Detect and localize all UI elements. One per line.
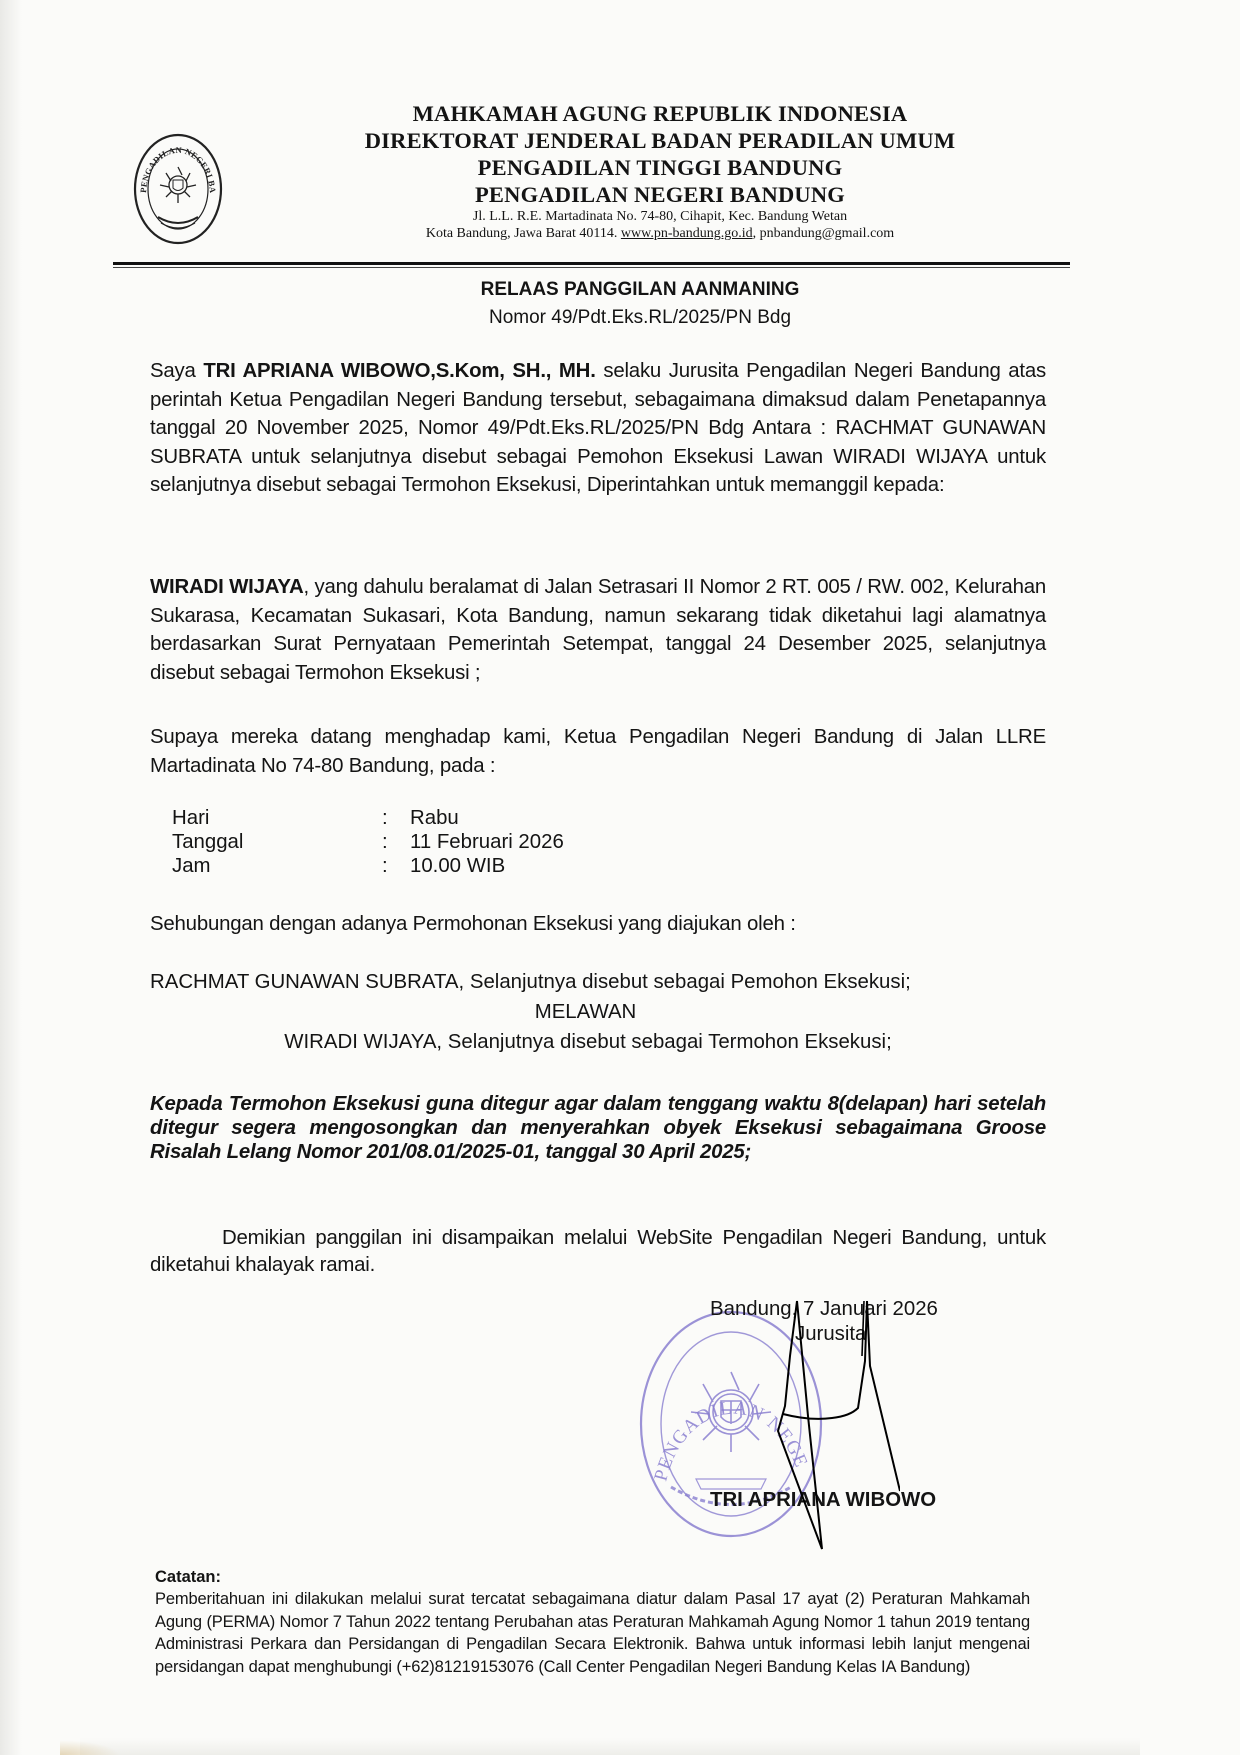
document-title: RELAAS PANGGILAN AANMANING [300,278,980,302]
court-logo-icon: PENGADILAN NEGERI BANDUNG [133,133,223,245]
scan-corner-stain [60,1740,120,1755]
document-heading: RELAAS PANGGILAN AANMANING Nomor 49/Pdt.… [300,278,980,331]
letterhead-address-2: Kota Bandung, Jawa Barat 40114. www.pn-b… [300,225,1020,242]
letterhead-divider-thin [113,267,1070,268]
paragraph-bailiff-order: Saya TRI APRIANA WIBOWO,S.Kom, SH., MH. … [150,357,1046,500]
respondent-line: WIRADI WIJAYA, Selanjutnya disebut sebag… [130,1027,1046,1057]
handwritten-signature-icon [770,1296,900,1556]
schedule-value: Rabu [410,806,459,830]
scan-edge-shadow [0,0,22,1755]
paragraph-warning: Kepada Termohon Eksekusi guna ditegur ag… [150,1092,1046,1164]
versus-label: MELAWAN [125,997,1046,1027]
letterhead-directorate: DIREKTORAT JENDERAL BADAN PERADILAN UMUM [300,127,1020,154]
letterhead-supreme-court: MAHKAMAH AGUNG REPUBLIK INDONESIA [300,100,1020,127]
p1-prefix: Saya [150,360,203,382]
schedule-label: Tanggal [172,830,382,854]
schedule-row-day: Hari : Rabu [172,806,564,830]
email-address: , pnbandung@gmail.com [753,226,895,241]
note-text: Pemberitahuan ini dilakukan melalui sura… [155,1588,1030,1678]
schedule-label: Jam [172,854,382,878]
schedule-colon: : [382,854,410,878]
letterhead-high-court: PENGADILAN TINGGI BANDUNG [300,154,1020,181]
document-number: Nomor 49/Pdt.Eks.RL/2025/PN Bdg [300,305,980,331]
schedule-colon: : [382,830,410,854]
parties-block: RACHMAT GUNAWAN SUBRATA, Selanjutnya dis… [150,967,1046,1057]
paragraph-petition-intro: Sehubungan dengan adanya Permohonan Ekse… [150,910,1046,939]
bailiff-name: TRI APRIANA WIBOWO,S.Kom, SH., MH. [203,360,595,382]
scan-bottom-shade [80,1738,1140,1755]
address-city: Kota Bandung, Jawa Barat 40114. [426,226,621,241]
website-link[interactable]: www.pn-bandung.go.id [621,226,753,241]
schedule-row-date: Tanggal : 11 Februari 2026 [172,830,564,854]
schedule-row-time: Jam : 10.00 WIB [172,854,564,878]
paragraph-closing: Demikian panggilan ini disampaikan melal… [150,1225,1046,1279]
closing-text: Demikian panggilan ini disampaikan melal… [150,1227,1046,1276]
letterhead-address-1: Jl. L.L. R.E. Martadinata No. 74-80, Cih… [300,208,1020,225]
schedule-value: 11 Februari 2026 [410,830,564,854]
schedule-colon: : [382,806,410,830]
petitioner-line: RACHMAT GUNAWAN SUBRATA, Selanjutnya dis… [150,967,1046,997]
letterhead: MAHKAMAH AGUNG REPUBLIK INDONESIA DIREKT… [300,100,1020,242]
schedule-value: 10.00 WIB [410,854,505,878]
paragraph-respondent-address: WIRADI WIJAYA, yang dahulu beralamat di … [150,573,1046,687]
letterhead-district-court: PENGADILAN NEGERI BANDUNG [300,181,1020,208]
svg-text:PENGADILAN NEGERI BANDUNG: PENGADILAN NEGERI BANDUNG [133,133,218,194]
letterhead-divider [113,262,1070,265]
paragraph-summons: Supaya mereka datang menghadap kami, Ket… [150,723,1046,780]
schedule-label: Hari [172,806,382,830]
hearing-schedule: Hari : Rabu Tanggal : 11 Februari 2026 J… [172,806,564,878]
note-title: Catatan: [155,1568,221,1587]
respondent-name: WIRADI WIJAYA [150,576,303,598]
